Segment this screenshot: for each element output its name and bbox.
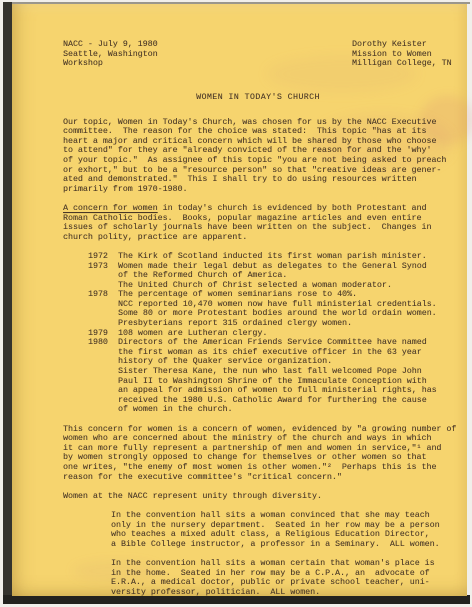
author-name: Dorothy Keister: [352, 40, 452, 50]
document-page: NACC - July 9, 1980 Seattle, Washington …: [12, 4, 467, 596]
author-info-block: Dorothy Keister Mission to Women Milliga…: [352, 40, 452, 69]
timeline-text: The Kirk of Scotland inducted its first …: [118, 252, 427, 262]
author-organization: Mission to Women: [352, 50, 452, 60]
underlined-lead-phrase: A concern for women: [63, 204, 158, 213]
event-location: Seattle, Washington: [63, 50, 158, 60]
intro-paragraph: Our topic, Women in Today's Church, was …: [63, 118, 453, 195]
page-title: WOMEN IN TODAY'S CHURCH: [63, 93, 453, 103]
timeline-year: 1978: [88, 290, 118, 328]
timeline-entry: 1978 The percentage of women seminarians…: [88, 290, 453, 328]
timeline-text: Women made their legal debut as delegate…: [118, 262, 427, 291]
concern-paragraph: A concern for women in today's church is…: [63, 204, 453, 242]
author-affiliation: Milligan College, TN: [352, 59, 452, 69]
vignette-paragraph: In the convention hall sits a woman conv…: [111, 511, 453, 549]
timeline-entry: 1973 Women made their legal debut as del…: [88, 262, 453, 291]
vignette-paragraph: In the convention hall sits a woman cert…: [111, 559, 453, 597]
timeline-year: 1973: [88, 262, 118, 291]
timeline-entry: 1980 Directors of the American Friends S…: [88, 338, 453, 415]
timeline-text: 108 women are Lutheran clergy.: [118, 329, 267, 339]
timeline-text: The percentage of women seminarians rose…: [118, 290, 437, 328]
timeline-text: Directors of the American Friends Servic…: [118, 338, 437, 415]
document-content: NACC - July 9, 1980 Seattle, Washington …: [63, 40, 453, 607]
timeline-year: 1979: [88, 329, 118, 339]
timeline-entry: 1972 The Kirk of Scotland inducted its f…: [88, 252, 453, 262]
scan-edge-left: [3, 2, 12, 603]
timeline-year: 1980: [88, 338, 118, 415]
event-name-date: NACC - July 9, 1980: [63, 40, 158, 50]
timeline-list: 1972 The Kirk of Scotland inducted its f…: [63, 252, 453, 415]
event-type: Workshop: [63, 59, 158, 69]
unity-statement: Women at the NACC represent unity throug…: [63, 492, 453, 502]
scan-frame: NACC - July 9, 1980 Seattle, Washington …: [0, 0, 472, 607]
timeline-entry: 1979 108 women are Lutheran clergy.: [88, 329, 453, 339]
document-header: NACC - July 9, 1980 Seattle, Washington …: [63, 40, 453, 70]
event-info-block: NACC - July 9, 1980 Seattle, Washington …: [63, 40, 158, 69]
concern-of-women-paragraph: This concern for women is a concern of w…: [63, 425, 453, 483]
timeline-year: 1972: [88, 252, 118, 262]
